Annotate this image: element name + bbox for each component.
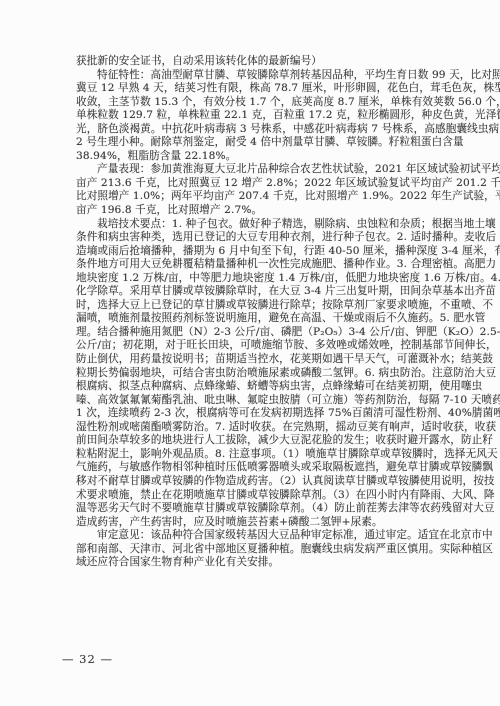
- text-line: 特征特性：高油型耐草甘膦、草铵膦除草剂转基因品种，平均生育日数 99 天，比对照: [76, 69, 425, 83]
- text-line: 造墒或雨后抢墒播种，播期为 6 月中旬至下旬，行距 40-50 厘米，播种深度 …: [76, 245, 425, 259]
- text-line: 粒期长势偏弱地块，可结合害虫防治喷施尿素或磷酸二氢钾。6. 病虫防治。注意防治大…: [76, 367, 425, 381]
- text-line: 公斤/亩；初花期，对于旺长田块，可喷施缩节胺、多效唑或烯效唑，控制基部节间伸长，: [76, 339, 425, 353]
- text-line: 审定意见：该品种符合国家级转基因大豆品种审定标准，通过审定。适宜在北京市中: [76, 529, 425, 543]
- text-line: 比对照增产 1.0%；两年平均亩产 207.4 千克，比对照增产 1.9%。20…: [76, 190, 425, 204]
- text-line: 冀豆 12 早熟 4 天，结荚习性有限，株高 78.7 厘米，叶形卵圆，花色白，…: [76, 82, 425, 96]
- text-line: 栽培技术要点：1. 种子包衣。做好种子精选，剔除病、虫蚀粒和杂质；根据当地土壤: [76, 218, 425, 232]
- text-line: 1 次，连续喷药 2-3 次，根腐病等可在发病初期选择 75%百菌清可湿性粉剂、…: [76, 407, 425, 421]
- text-line: 防止倒伏，用药量按说明书；苗期适当控水，花荚期如遇干旱天气，可灌溉补水；结荚鼓: [76, 353, 425, 367]
- text-line: 根腐病、拟茎点种腐病、点蜂缘蝽、蛴螬等病虫害，点蜂缘蝽可在结荚初期，使用噻虫: [76, 380, 425, 394]
- text-line: 漏喷，喷施剂量按照药剂标签说明施用，避免在高温、干燥或雨后不久施药。5. 肥水管: [76, 312, 425, 326]
- text-line: 部和南部、天津市、河北省中部地区夏播种植。胞囊线虫病发病严重区慎用。实际种植区: [76, 543, 425, 557]
- text-line: 理。结合播种施用氮肥（N）2-3 公斤/亩、磷肥（P₂O₅）3-4 公斤/亩、钾…: [76, 326, 425, 340]
- text-line: 粒粘附泥土，影响外观品质。8. 注意事项。（1）喷施草甘膦除草或草铵膦时，选择无…: [76, 448, 425, 462]
- text-line: 地块密度 1.2 万株/亩，中等肥力地块密度 1.4 万株/亩，低肥力地块密度 …: [76, 272, 425, 286]
- text-line: 移对不耐草甘膦或草铵膦的作物造成药害。（2）认真阅读草甘膦或草铵膦使用说明，按技: [76, 475, 425, 489]
- text-line: 产量表现：参加黄淮海夏大豆北片品种综合农艺性状试验，2021 年区域试验初试平均: [76, 163, 425, 177]
- text-line: 单株粒数 129.7 粒，单株粒重 22.1 克，百粒重 17.2 克，粒形椭圆…: [76, 109, 425, 123]
- text-line: 温等恶劣天气时不要喷施草甘膦或草铵膦除草剂。（4）防止前茬莠去津等农药残留对大豆: [76, 502, 425, 516]
- text-line: 条件地方可用大豆免耕覆秸精量播种机一次性完成施肥、播种作业。3. 合理密植。高肥…: [76, 258, 425, 272]
- text-line: 条件和病虫害种类，选用已登记的大豆专用种衣剂，进行种子包衣。2. 适时播种。麦收…: [76, 231, 425, 245]
- text-line: 光，脐色淡褐黄。中抗花叶病毒病 3 号株系，中感花叶病毒病 7 号株系，高感胞囊…: [76, 123, 425, 137]
- text-line: 造成药害，产生药害时，应及时喷施芸苔素+磷酸二氢钾+尿素。: [76, 516, 425, 530]
- document-text-block: 获批新的安全证书，自动采用该转化体的最新编号） 特征特性：高油型耐草甘膦、草铵膦…: [76, 55, 425, 570]
- text-line: 气施药，与敏感作物相邻种植时压低喷雾器喷头或采取隔板遮挡，避免草甘膦或草铵膦飘: [76, 461, 425, 475]
- text-line: 时，选择大豆上已登记的草甘膦或草铵膦进行除草；按除草剂厂家要求喷施，不重喷、不: [76, 299, 425, 313]
- text-line: 化学除草。采用草甘膦或草铵膦除草时，在大豆 3-4 片三出复叶期，田间杂草基本出…: [76, 285, 425, 299]
- text-line: 获批新的安全证书，自动采用该转化体的最新编号）: [76, 55, 425, 69]
- text-line: 收敛，主茎节数 15.3 个，有效分枝 1.7 个，底荚高度 8.7 厘米，单株…: [76, 96, 425, 110]
- text-line: 湿性粉剂或嘧菌酯喷雾防治。7. 适时收获。在完熟期，摇动豆荚有响声，适时收获，收…: [76, 421, 425, 435]
- text-line: 术要求喷施，禁止在花期喷施草甘膦或草铵膦除草剂。（3）在四小时内有降雨、大风、降: [76, 489, 425, 503]
- text-line: 亩产 196.8 千克，比对照增产 2.7%。: [76, 204, 425, 218]
- page-number: — 32 —: [62, 652, 113, 666]
- text-line: 域还应符合国家生物育种产业化有关安排。: [76, 556, 425, 570]
- text-line: 亩产 213.6 千克，比对照冀豆 12 增产 2.8%；2022 年区域试验复…: [76, 177, 425, 191]
- text-line: 前田间杂草较多的地块进行人工拔除，减少大豆泥花脸的发生；收获时避开露水，防止籽: [76, 434, 425, 448]
- document-page: 获批新的安全证书，自动采用该转化体的最新编号） 特征特性：高油型耐草甘膦、草铵膦…: [0, 0, 500, 706]
- text-line: 2 号生理小种。耐除草剂鉴定，耐受 4 倍中剂量草甘膦、草铵膦。籽粒粗蛋白含量: [76, 136, 425, 150]
- text-line: 38.94%，粗脂肪含量 22.18%。: [76, 150, 425, 164]
- text-line: 嗪、高效氯氟氰菊酯乳油、吡虫啉、氟啶虫胺腈（可立施）等药剂防治，每隔 7-10 …: [76, 394, 425, 408]
